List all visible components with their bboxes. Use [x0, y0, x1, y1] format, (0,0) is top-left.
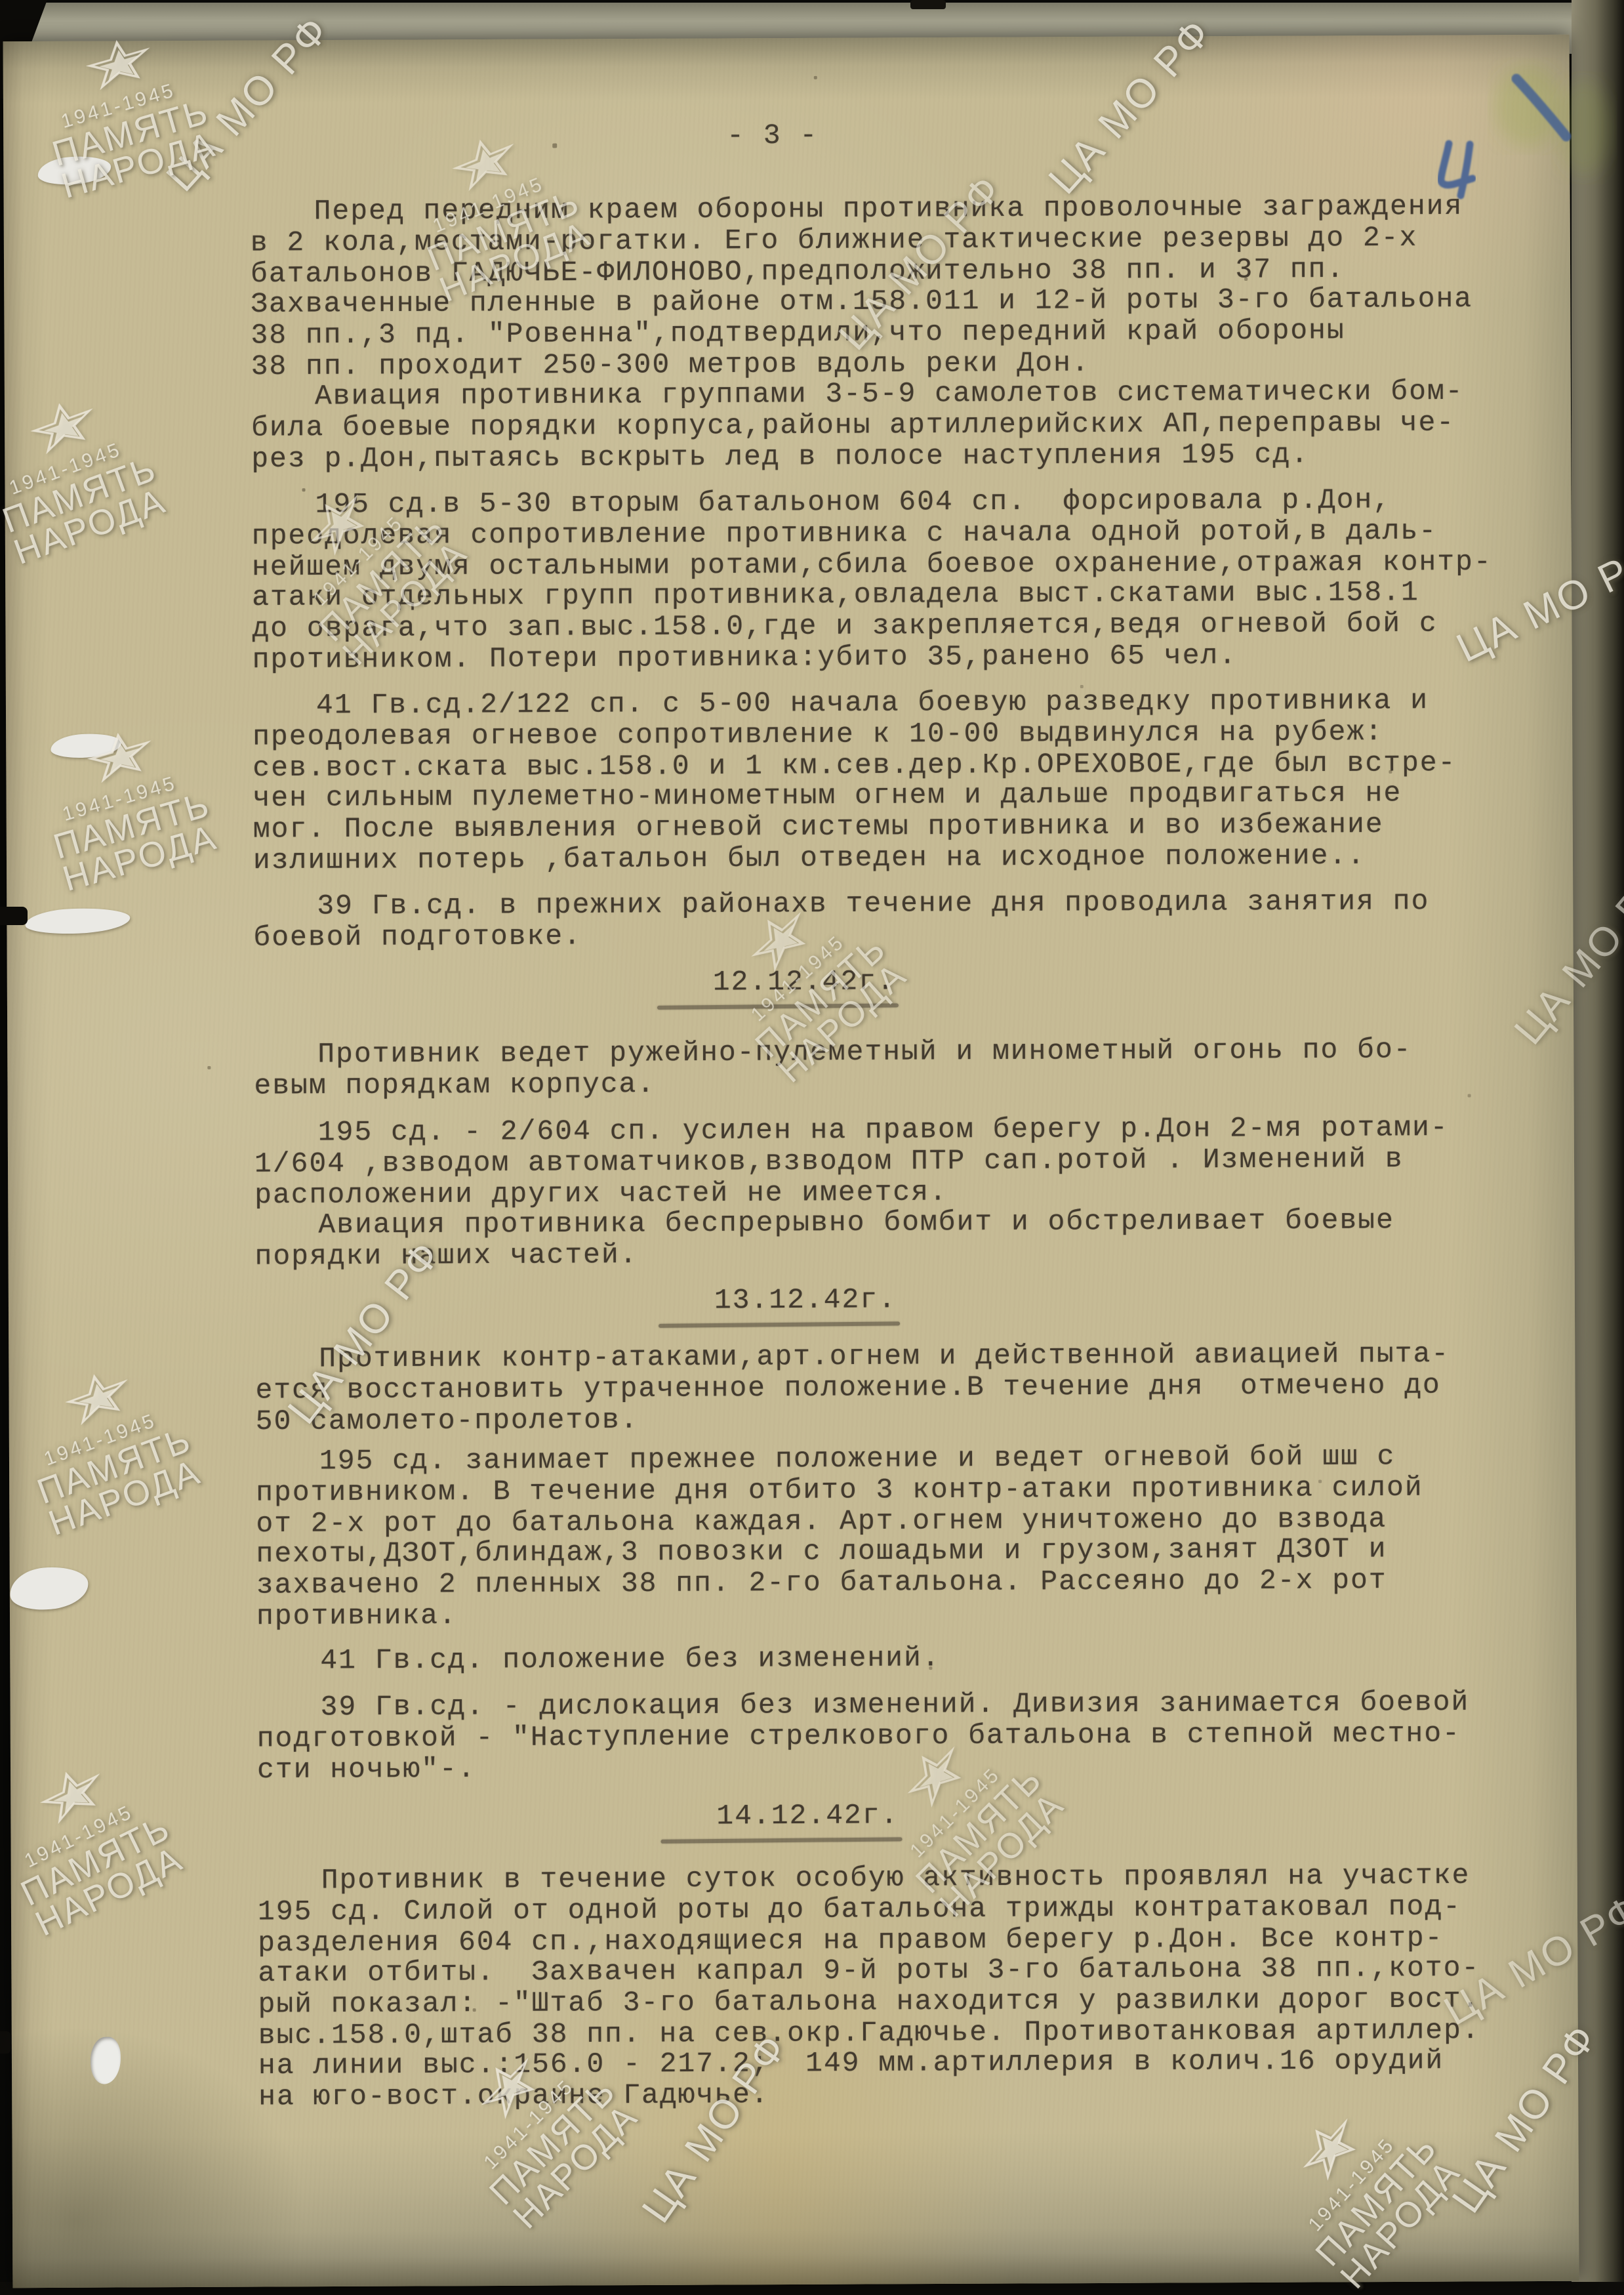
- entry-date-heading: 13.12.42г.: [255, 1281, 1509, 1330]
- text-line: била боевые порядки корпуса,районы артил…: [251, 407, 1505, 443]
- text-line: Авиация противника беспрерывно бомбит и …: [254, 1205, 1509, 1241]
- page-number: - 3 -: [727, 119, 818, 152]
- text-line: Авиация противника группами 3-5-9 самоле…: [251, 376, 1505, 412]
- paragraph: 195 сд.в 5-30 вторым батальоном 604 сп. …: [252, 484, 1507, 674]
- text-line: 39 Гв.сд. - дислокация без изменений. Ди…: [257, 1687, 1511, 1723]
- text-line: противником. Потери противника:убито 35,…: [253, 639, 1507, 675]
- text-line: 38 пп.,3 пд. "Ровенна",подтвердили,что п…: [251, 314, 1505, 350]
- paragraph: Противник в течение суток особую активно…: [258, 1860, 1513, 2112]
- edge-tear-mark: [910, 0, 946, 9]
- text-line: 195 сд.в 5-30 вторым батальоном 604 сп. …: [252, 484, 1506, 520]
- text-line: Захваченные пленные в районе отм.158.011…: [251, 283, 1505, 320]
- text-line: боевой подготовке.: [253, 917, 1507, 953]
- text-line: порядки наших частей.: [255, 1235, 1509, 1272]
- edge-tear-mark: [0, 907, 28, 925]
- text-line: на юго-вост.окраине Гадючье.: [258, 2076, 1512, 2112]
- text-line: чен сильным пулеметно-минометным огнем и…: [253, 777, 1507, 814]
- entry-date-heading: 14.12.42г.: [257, 1797, 1511, 1846]
- document-page: - 3 - Перед передним краем обороны проти…: [3, 35, 1579, 2288]
- paragraph: 195 сд. - 2/604 сп. усилен на правом бер…: [254, 1112, 1509, 1210]
- paragraph: Противник ведет ружейно-пулеметный и мин…: [254, 1034, 1508, 1101]
- text-line: противника.: [256, 1596, 1511, 1632]
- paragraph: Авиация противника группами 3-5-9 самоле…: [251, 376, 1506, 474]
- torn-tape-patch: [37, 154, 112, 187]
- text-line: 195 сд. - 2/604 сп. усилен на правом бер…: [254, 1112, 1509, 1148]
- text-line: ется восстановить утраченное положение.В…: [255, 1369, 1509, 1405]
- text-line: атаки отдельных групп противника,овладел…: [252, 577, 1506, 613]
- text-line: Противник в течение суток особую активно…: [258, 1860, 1512, 1896]
- paragraph: 41 Гв.сд. положение без изменений.: [256, 1640, 1511, 1676]
- paragraph: Противник контр-атаками,арт.огнем и дейс…: [255, 1338, 1510, 1436]
- text-line: захвачено 2 пленных 38 пп. 2-го батальон…: [256, 1564, 1511, 1600]
- text-line: 195 сд. занимает прежнее положение и вед…: [256, 1441, 1510, 1477]
- edge-tear-mark: [0, 2031, 10, 2054]
- text-line: 41 Гв.сд. положение без изменений.: [256, 1640, 1511, 1676]
- text-line: на линии выс.:156.0 - 217.2; 149 мм.арти…: [258, 2045, 1512, 2081]
- text-line: Противник контр-атаками,арт.огнем и дейс…: [255, 1338, 1509, 1375]
- entry-date: 12.12.42г.: [713, 966, 895, 997]
- ink-specks: [3, 41, 4, 42]
- text-line: 41 Гв.сд.2/122 сп. с 5-00 начала боевую …: [253, 685, 1507, 721]
- text-line: 39 Гв.сд. в прежних районахв течение дня…: [253, 886, 1507, 922]
- text-line: 1/604 ,взводом автоматчиков,взводом ПТР …: [254, 1143, 1509, 1179]
- entry-date-heading: 12.12.42г.: [254, 963, 1508, 1012]
- document-scan: - 3 - Перед передним краем обороны проти…: [0, 0, 1624, 2295]
- text-line: рез р.Дон,пытаясь вскрыть лед в полосе н…: [251, 438, 1505, 474]
- text-line: пехоты,ДЗОТ,блиндаж,3 повозки с лошадьми…: [256, 1533, 1511, 1569]
- text-line: излишних потерь ,батальон был отведен на…: [253, 840, 1507, 876]
- paper-hole: [91, 2037, 121, 2084]
- text-line: Перед передним краем обороны противника …: [251, 191, 1505, 227]
- torn-tape-patch: [25, 907, 131, 936]
- text-line: Противник ведет ружейно-пулеметный и мин…: [254, 1034, 1508, 1070]
- entry-date: 14.12.42г.: [716, 1800, 899, 1831]
- torn-tape-patch: [8, 1564, 90, 1613]
- text-line: до оврага,что зап.выс.158.0,где и закреп…: [252, 608, 1506, 644]
- text-line: сти ночью"-.: [257, 1749, 1511, 1785]
- paragraph: 39 Гв.сд. - дислокация без изменений. Ди…: [257, 1687, 1512, 1785]
- text-line: атаки отбиты. Захвачен капрал 9-й роты 3…: [258, 1953, 1512, 1989]
- paragraph: 41 Гв.сд.2/122 сп. с 5-00 начала боевую …: [253, 685, 1507, 875]
- typewritten-text: Перед передним краем обороны противника …: [251, 191, 1513, 2112]
- entry-date: 13.12.42г.: [714, 1284, 897, 1315]
- text-line: 50 самолето-пролетов.: [256, 1401, 1510, 1437]
- paragraph: 195 сд. занимает прежнее положение и вед…: [256, 1441, 1511, 1631]
- paragraph: Авиация противника беспрерывно бомбит и …: [254, 1205, 1509, 1272]
- text-line: подготовкой - "Наступление стрелкового б…: [257, 1718, 1511, 1754]
- torn-tape-patch: [50, 732, 122, 760]
- paragraph: Перед передним краем обороны противника …: [251, 191, 1505, 381]
- text-line: евым порядкам корпуса.: [254, 1065, 1508, 1101]
- scanner-right-edge: [1572, 0, 1624, 2295]
- paragraph: 39 Гв.сд. в прежних районахв течение дня…: [253, 886, 1507, 953]
